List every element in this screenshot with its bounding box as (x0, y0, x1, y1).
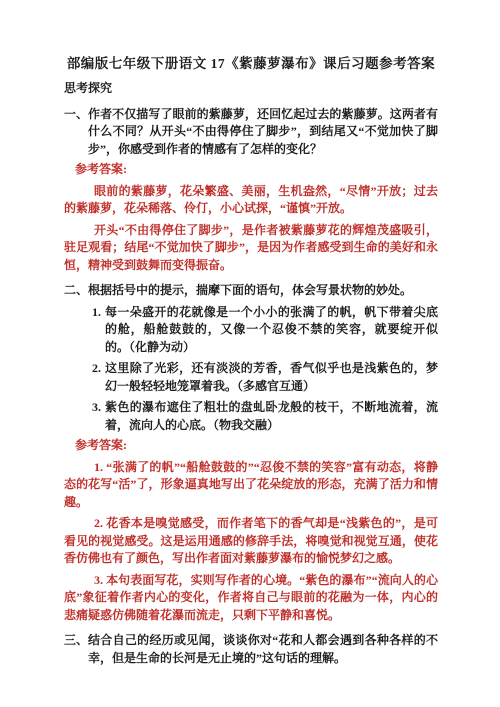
answer-label-question-two: 参考答案: (75, 437, 438, 455)
question-two-item-2-marker: 2. (92, 360, 105, 395)
answer-label-question-one: 参考答案: (75, 161, 438, 179)
answer-paragraph-one-a: 眼前的紫藤萝，花朵繁盛、美丽，生机盎然，“尽情”开放；过去的紫藤萝，花朵稀落、伶… (64, 183, 438, 218)
answer-paragraph-two-2: 2. 花香本是嗅觉感受，而作者笔下的香气却是“浅紫色的”，是可看见的视觉感受。这… (64, 515, 438, 568)
question-one-text: 作者不仅描写了眼前的紫藤萝，还回忆起过去的紫藤萝。这两者有什么不同？从开头“不由… (88, 106, 438, 159)
question-two: 二、 根据括号中的提示，揣摩下面的语句，体会写景状物的妙处。 (64, 282, 438, 300)
answer-paragraph-two-3: 3. 本句表面写花，实则写作者的心境。“紫色的瀑布”“流向人的心底”象征着作者内… (64, 572, 438, 625)
question-three-text: 结合自己的经历或见闻，谈谈你对“花和人都会遇到各种各样的不幸，但是生命的长河是无… (88, 632, 438, 667)
question-two-text: 根据括号中的提示，揣摩下面的语句，体会写景状物的妙处。 (88, 282, 438, 300)
question-one-marker: 一、 (64, 106, 88, 159)
question-two-item-3-text: 紫色的瀑布遮住了粗壮的盘虬卧龙般的枝干，不断地流着，流着，流向人的心底。（物我交… (105, 399, 438, 434)
question-two-item-2-text: 这里除了光彩，还有淡淡的芳香，香气似乎也是浅紫色的，梦幻一般轻轻地笼罩着我。（多… (105, 360, 438, 395)
question-two-item-3-marker: 3. (92, 399, 105, 434)
answer-paragraph-one-b: 开头“不由得停住了脚步”，是作者被紫藤萝花的辉煌茂盛吸引，驻足观看；结尾“不觉加… (64, 222, 438, 275)
question-two-item-1-marker: 1. (92, 304, 105, 357)
question-two-marker: 二、 (64, 282, 88, 300)
section-heading: 思考探究 (64, 80, 438, 98)
question-one: 一、 作者不仅描写了眼前的紫藤萝，还回忆起过去的紫藤萝。这两者有什么不同？从开头… (64, 106, 438, 159)
answer-paragraph-two-1: 1. “张满了的帆”“船舱鼓鼓的”“忍俊不禁的笑容”富有动态，将静态的花写“活”… (64, 459, 438, 512)
document-title: 部编版七年级下册语文 17《紫藤萝瀑布》课后习题参考答案 (64, 52, 438, 76)
question-two-item-1-text: 每一朵盛开的花就像是一个小小的张满了的帆，帆下带着尖底的舱，船舱鼓鼓的，又像一个… (105, 304, 438, 357)
question-two-item-2: 2. 这里除了光彩，还有淡淡的芳香，香气似乎也是浅紫色的，梦幻一般轻轻地笼罩着我… (92, 360, 438, 395)
document-page: 部编版七年级下册语文 17《紫藤萝瀑布》课后习题参考答案 思考探究 一、 作者不… (0, 0, 500, 707)
question-three: 三、 结合自己的经历或见闻，谈谈你对“花和人都会遇到各种各样的不幸，但是生命的长… (64, 632, 438, 667)
question-two-item-1: 1. 每一朵盛开的花就像是一个小小的张满了的帆，帆下带着尖底的舱，船舱鼓鼓的，又… (92, 304, 438, 357)
question-two-item-3: 3. 紫色的瀑布遮住了粗壮的盘虬卧龙般的枝干，不断地流着，流着，流向人的心底。（… (92, 399, 438, 434)
question-three-marker: 三、 (64, 632, 88, 667)
